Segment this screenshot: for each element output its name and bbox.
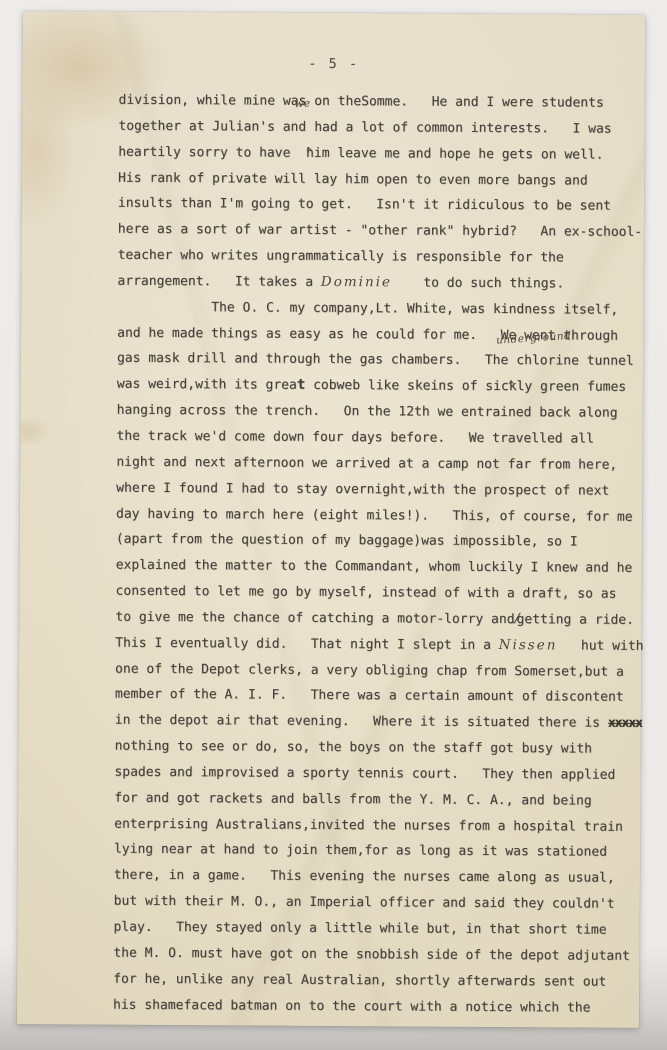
document-page: - 5 - division, while mine was on theSom… — [17, 11, 645, 1028]
typed-text: division, while mine was on theSomme. He… — [113, 88, 645, 1022]
text-line: for and got rackets and balls from the Y… — [114, 785, 640, 814]
text-line: there, in a game. This evening the nurse… — [114, 863, 640, 892]
typed-text-segment: the M. O. must have got on the snobbish … — [113, 946, 630, 964]
text-line: arrangement. It takes a Dominie to do su… — [117, 269, 643, 298]
typed-text-segment: one of the Depot clerks, a very obliging… — [115, 661, 624, 679]
text-line: play. They stayed only a little while bu… — [113, 915, 639, 944]
text-line: spades and improvised a sporty tennis co… — [114, 760, 640, 789]
text-line: gas mask drill and through the gas chamb… — [117, 346, 643, 375]
text-line: teacher who writes ungrammatically is re… — [118, 243, 644, 272]
text-line: together at Julian's andwe^had a lot of … — [118, 114, 644, 143]
handwritten-word: we — [294, 91, 312, 118]
typed-text-segment: to give me the chance of catching a moto… — [115, 610, 514, 627]
text-line: where I found I had to stay overnight,wi… — [116, 475, 642, 504]
text-line: his shamefaced batman on to the court wi… — [113, 992, 639, 1021]
typed-text-segment: hut with — [557, 638, 643, 654]
text-line: here as a sort of war artist - "other ra… — [118, 217, 644, 246]
text-line: was weird,with its great cobweb like ske… — [117, 372, 643, 401]
typed-text-segment: there, in a game. This evening the nurse… — [114, 868, 615, 886]
typed-text-segment: day having to march here (eight miles!).… — [116, 506, 633, 524]
typed-text-segment: play. They stayed only a little while bu… — [113, 920, 606, 938]
typed-text-segment: consented to let me go by myself, instea… — [116, 584, 617, 602]
text-line: in the depot air that evening. Where it … — [115, 708, 641, 737]
typed-text-segment: This I eventually did. That night I slep… — [115, 635, 499, 652]
typed-text-segment: lying near at hand to join them,for as l… — [114, 842, 607, 860]
caret-mark: ^ — [508, 374, 514, 400]
page-number: - 5 - — [23, 54, 645, 74]
handwritten-word: Nissen — [499, 637, 558, 653]
typed-text-segment: cobweb like skeins of sickly green fumes — [305, 378, 626, 395]
text-line: the track we'd come down four days befor… — [116, 424, 642, 453]
text-line: nothing to see or do, so, the boys on th… — [115, 734, 641, 763]
typed-text-segment: in the depot air that evening. Where it … — [115, 713, 608, 731]
typed-text-segment: insults than I'm going to get. Isn't it … — [118, 196, 611, 214]
text-line: the M. O. must have got on the snobbish … — [113, 941, 639, 970]
typed-text-segment: night and next afternoon we arrived at a… — [116, 455, 617, 473]
text-line: insults than I'm going to get. Isn't it … — [118, 191, 644, 220]
scanned-letter-page: { "page": { "page_number": "- 5 -" }, "c… — [0, 0, 667, 1050]
typed-text-segment: The O. C. my company,Lt. White, was kind… — [117, 299, 618, 317]
text-line: member of the A. I. F. There was a certa… — [115, 682, 641, 711]
typed-text-segment: teacher who writes ungrammatically is re… — [118, 248, 564, 266]
typed-text-segment: nothing to see or do, so, the boys on th… — [115, 739, 593, 757]
typed-text-segment: arrangement. It takes a — [117, 274, 321, 290]
text-line: consented to let me go by myself, instea… — [115, 579, 641, 608]
typed-text-segment: spades and improvised a sporty tennis co… — [114, 765, 615, 783]
text-line: day having to march here (eight miles!).… — [116, 501, 642, 530]
text-line: (apart from the question of my baggage)w… — [116, 527, 642, 556]
text-line: His rank of private will lay him open to… — [118, 165, 644, 194]
typed-text-segment: chlorine tunnel — [516, 354, 633, 370]
typed-text-segment: getting a ride. — [517, 612, 634, 628]
text-line: heartily sorry to have him leave me and … — [118, 139, 644, 168]
text-line: This I eventually did. That night I slep… — [115, 630, 641, 659]
typed-text-segment: hanging across the trench. On the 12th w… — [117, 403, 618, 421]
typed-text-segment: enterprising Australians,invited the nur… — [114, 816, 623, 834]
struck-out-text: xxxxx — [608, 716, 642, 731]
typed-text-segment: to do such things. — [392, 275, 564, 291]
text-line: The O. C. my company,Lt. White, was kind… — [117, 294, 643, 323]
typed-text-segment: for and got rackets and balls from the Y… — [114, 790, 592, 808]
typed-text-segment: for he, unlike any real Australian, shor… — [113, 971, 606, 989]
typed-text-segment: heartily sorry to have him leave me and … — [118, 144, 603, 162]
typed-text-segment: had a lot of common interests. I was — [314, 120, 612, 137]
typed-text-segment: division, while mine was on theSomme. He… — [119, 93, 604, 111]
typed-text-segment: but with their M. O., an Imperial office… — [114, 894, 615, 912]
text-line: one of the Depot clerks, a very obliging… — [115, 656, 641, 685]
typed-text-segment: gas mask drill and through the gas chamb… — [117, 351, 508, 368]
handwritten-word: Dominie — [321, 274, 392, 290]
text-line: lying near at hand to join them,for as l… — [114, 837, 640, 866]
text-line: but with their M. O., an Imperial office… — [114, 889, 640, 918]
typed-text-segment: the track we'd come down four days befor… — [116, 429, 594, 447]
text-line: to give me the chance of catching a moto… — [115, 605, 641, 634]
typed-text-segment: here as a sort of war artist - "other ra… — [118, 222, 642, 240]
typed-text-segment: explained the matter to the Commandant, … — [116, 558, 633, 576]
typed-text-segment: (apart from the question of my baggage)w… — [116, 532, 578, 550]
text-line: hanging across the trench. On the 12th w… — [117, 398, 643, 427]
typed-text-segment: member of the A. I. F. There was a certa… — [115, 687, 624, 705]
typed-text-segment: together at Julian's and — [118, 119, 306, 135]
handwritten-word: underground — [496, 323, 573, 354]
text-line: night and next afternoon we arrived at a… — [116, 450, 642, 479]
typed-text-segment: his shamefaced batman on to the court wi… — [113, 997, 591, 1015]
text-line: division, while mine was on theSomme. He… — [118, 88, 644, 117]
caret-mark: ^ — [306, 140, 312, 166]
text-line: explained the matter to the Commandant, … — [116, 553, 642, 582]
typed-text-segment: His rank of private will lay him open to… — [118, 170, 588, 188]
text-line: for he, unlike any real Australian, shor… — [113, 966, 639, 995]
typed-text-segment: where I found I had to stay overnight,wi… — [116, 480, 609, 498]
typed-text-segment: was weird,with its grea — [117, 377, 297, 393]
text-line: enterprising Australians,invited the nur… — [114, 811, 640, 840]
